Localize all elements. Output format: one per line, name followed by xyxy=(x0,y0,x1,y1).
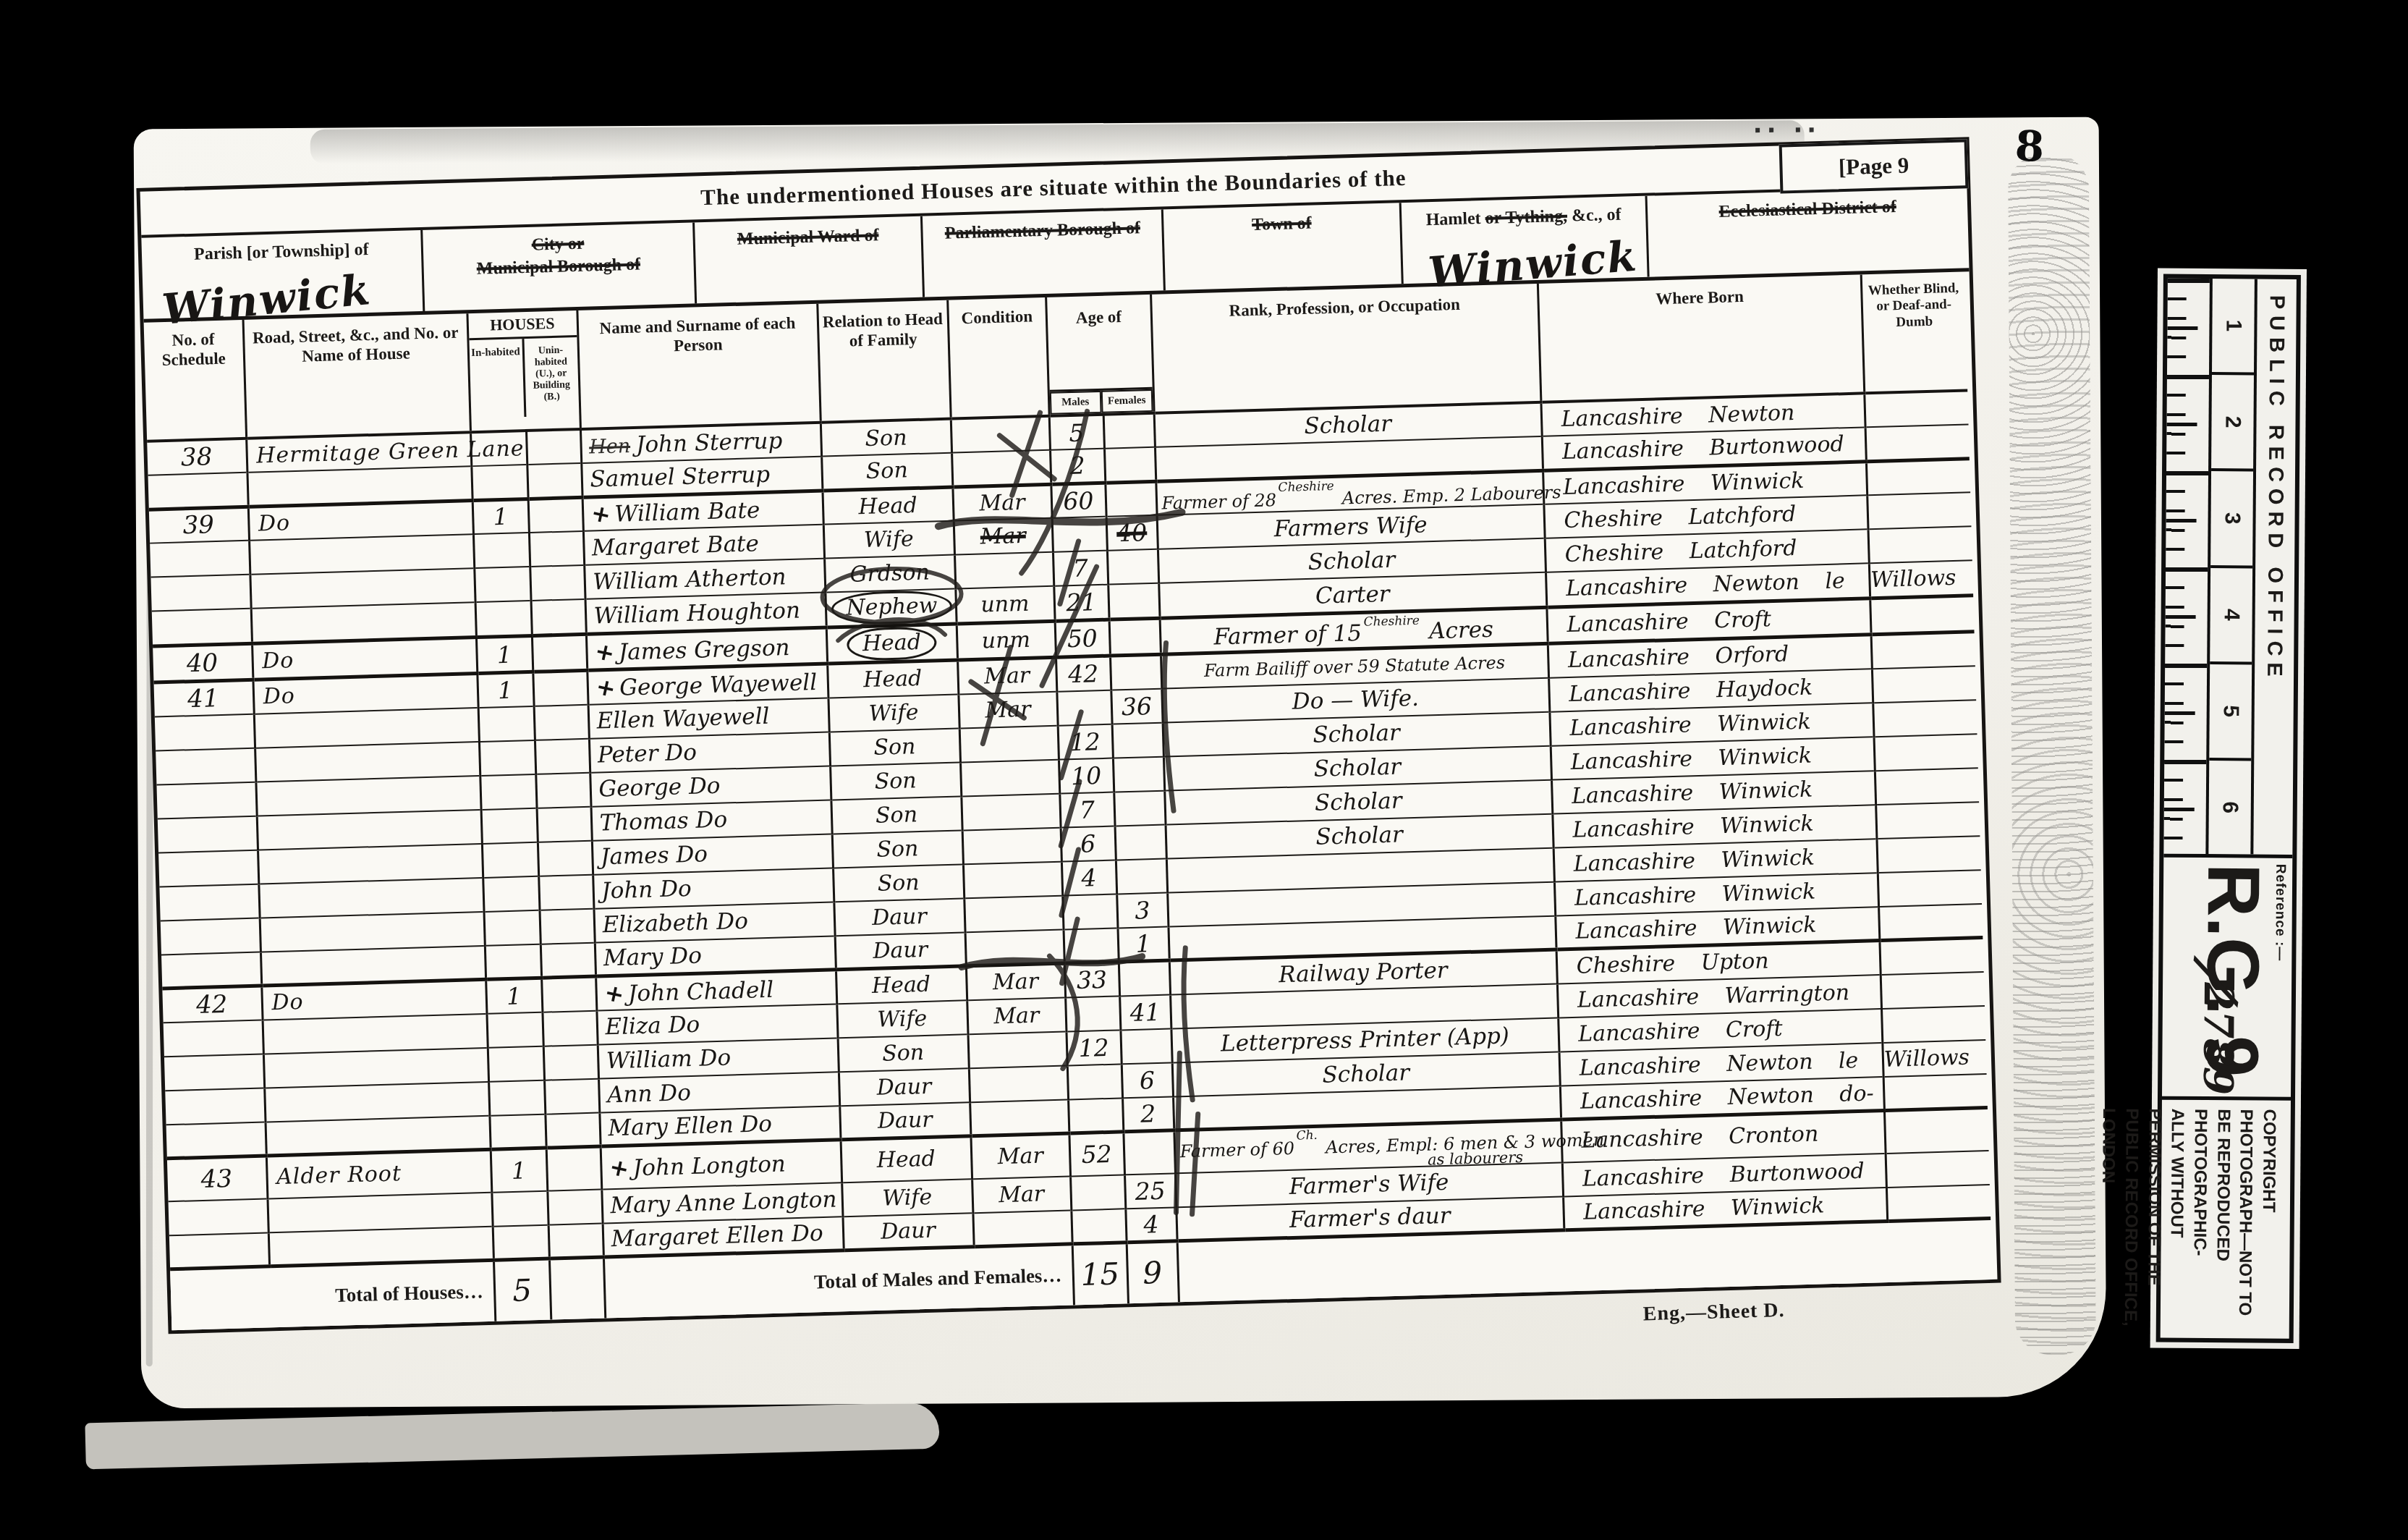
totals-gap xyxy=(549,1257,605,1319)
cell-uninhabited xyxy=(546,1146,602,1190)
cell-uninhabited xyxy=(547,1189,602,1224)
cell-schedule xyxy=(161,918,260,955)
cell-schedule xyxy=(156,782,256,818)
cell-schedule xyxy=(155,714,255,750)
cell-schedule xyxy=(148,473,247,509)
cell-schedule xyxy=(158,816,258,852)
cell-uninhabited xyxy=(527,463,582,499)
cell-age-male xyxy=(1070,1175,1125,1210)
census-table: No. of Schedule Road, Street, &c., and N… xyxy=(144,271,1993,1329)
pro-copyright-text: COPYRIGHT PHOTOGRAPH—NOT TOBE REPRODUCED… xyxy=(2161,1100,2291,1339)
cell-blind xyxy=(1878,870,1982,907)
cell-condition xyxy=(951,416,1050,453)
cell-relation: Daur xyxy=(834,898,965,936)
cell-schedule xyxy=(159,884,259,921)
corner-numeral: 8 xyxy=(2014,121,2045,172)
cell-inhabited xyxy=(484,910,540,945)
pro-scale-number: 5 xyxy=(2209,664,2252,761)
col-uninhabited: Unin-habited (U.), or Building (B.) xyxy=(522,337,579,417)
cell-inhabited xyxy=(480,774,536,809)
cell-relation: Son xyxy=(833,864,964,902)
pro-copyright-line: PUBLIC RECORD OFFICE, LONDON xyxy=(2095,1108,2142,1330)
cell-condition xyxy=(959,725,1059,762)
cell-uninhabited xyxy=(530,565,585,601)
pro-office-title: PUBLIC RECORD OFFICE xyxy=(2250,279,2297,854)
cell-age-female: 3 xyxy=(1116,892,1168,928)
cell-inhabited: 1 xyxy=(472,499,529,534)
cell-relation: Daur xyxy=(842,1213,973,1251)
census-sheet: The undermentioned Houses are situate wi… xyxy=(136,137,2002,1367)
cell-age-male: 12 xyxy=(1058,724,1113,759)
cell-condition xyxy=(964,895,1063,932)
col-age-males: Males xyxy=(1049,391,1101,415)
cell-road: Alder Root xyxy=(266,1149,492,1198)
pro-scale-numbers: 123456 xyxy=(2205,279,2255,854)
cell-age-female xyxy=(1114,790,1165,826)
houses-group-label: HOUSES xyxy=(468,310,577,340)
cell-age-female xyxy=(1105,481,1156,517)
pro-reference-section: Reference :— R.G. 9 ⁄2789 xyxy=(2162,858,2292,1101)
header-field-0: Parish [or Township] ofWinwick xyxy=(141,230,425,319)
cell-age-male: 33 xyxy=(1064,962,1119,997)
cell-age-male: 4 xyxy=(1061,860,1116,895)
cell-inhabited xyxy=(478,706,535,741)
cell-age-female xyxy=(1115,824,1166,860)
cell-schedule xyxy=(150,541,250,577)
col-age: Age of Males Females xyxy=(1046,295,1154,416)
cell-inhabited xyxy=(493,1224,549,1260)
total-mf-label: Total of Males and Females… xyxy=(603,1244,1074,1318)
pro-ruler-ticks xyxy=(2163,279,2210,854)
cell-age-male xyxy=(1065,996,1120,1031)
cell-blind xyxy=(1881,1006,1985,1043)
cell-inhabited xyxy=(491,1190,548,1226)
cell-blind xyxy=(1872,666,1976,703)
col-road: Road, Street, &c., and No. or Name of Ho… xyxy=(243,313,470,439)
cell-age-male xyxy=(1064,928,1119,963)
cell-relation: Head xyxy=(841,1136,972,1182)
cell-relation: Daur xyxy=(835,932,966,970)
cell-relation: Head xyxy=(827,660,958,698)
cell-condition: unm xyxy=(955,586,1054,624)
pro-scale-number: 2 xyxy=(2211,375,2254,472)
header-field-label: Parliamentary Borough of xyxy=(923,216,1162,245)
cell-schedule: 40 xyxy=(153,643,253,682)
cell-age-female xyxy=(1120,1028,1171,1064)
cell-blind xyxy=(1883,1074,1988,1111)
header-field-2: Municipal Ward of xyxy=(695,216,925,304)
cell-relation: Wife xyxy=(823,521,954,559)
cell-condition xyxy=(951,450,1051,487)
cell-condition xyxy=(960,759,1059,796)
pro-scale-number: 3 xyxy=(2210,471,2253,568)
cell-schedule: 43 xyxy=(167,1156,268,1201)
paper-bottom-edge xyxy=(85,1402,939,1470)
cell-uninhabited xyxy=(532,634,587,672)
cell-relation: Wife xyxy=(828,694,959,732)
header-field-6: Ecclesiastical District of xyxy=(1648,187,1970,276)
header-field-label: Municipal Ward of xyxy=(695,224,921,253)
total-houses-value: 5 xyxy=(493,1258,551,1321)
cell-relation: Daur xyxy=(839,1068,970,1106)
cell-uninhabited xyxy=(545,1112,600,1148)
cell-schedule xyxy=(150,575,250,612)
cell-schedule xyxy=(164,1020,263,1057)
cell-inhabited xyxy=(482,842,538,877)
cell-blind xyxy=(1881,972,1985,1009)
cell-relation: Son xyxy=(830,762,961,800)
cell-age-male: 60 xyxy=(1051,483,1106,518)
cell-uninhabited xyxy=(526,429,581,465)
cell-condition xyxy=(972,1210,1072,1247)
cell-uninhabited xyxy=(540,942,595,978)
cell-age-female: 4 xyxy=(1125,1207,1177,1243)
cell-inhabited xyxy=(483,876,539,911)
header-field-5: Hamlet or Tything, &c., ofWinwick xyxy=(1401,196,1650,284)
cell-age-male: 7 xyxy=(1053,551,1108,586)
cell-age-male xyxy=(1067,1064,1122,1099)
col-condition: Condition xyxy=(947,297,1049,419)
col-name: Name and Surname of each Person xyxy=(577,304,820,429)
cell-blind xyxy=(1873,700,1977,737)
cell-age-male xyxy=(1052,517,1107,552)
cell-age-female: 2 xyxy=(1122,1096,1174,1132)
pro-copyright-line: ALLY WITHOUT PERMISSION OF THE xyxy=(2142,1108,2189,1330)
cell-blind xyxy=(1886,1151,1990,1188)
cell-condition xyxy=(961,793,1060,830)
cell-schedule xyxy=(165,1088,265,1125)
col-relation: Relation to Head of Family xyxy=(817,300,951,423)
cell-age-male: 42 xyxy=(1056,656,1111,691)
cell-condition: Mar xyxy=(957,657,1056,694)
cell-schedule: 38 xyxy=(147,439,247,475)
age-group-label: Age of xyxy=(1047,295,1150,329)
cell-age-female xyxy=(1112,722,1163,758)
cell-schedule: 41 xyxy=(153,680,253,716)
cell-age-male: 21 xyxy=(1053,585,1108,622)
cell-blind xyxy=(1871,632,1975,669)
cell-age-female xyxy=(1119,960,1170,996)
header-field-1: City orMunicipal Borough of xyxy=(423,222,697,310)
cell-schedule: 39 xyxy=(149,507,249,543)
cell-uninhabited xyxy=(538,874,593,910)
cell-relation: Wife xyxy=(841,1179,972,1217)
cell-schedule xyxy=(156,748,255,784)
cell-age-female xyxy=(1113,756,1164,792)
header-field-label: City orMunicipal Borough of xyxy=(423,230,694,283)
cell-age-female: 36 xyxy=(1111,688,1162,724)
cell-age-female xyxy=(1109,618,1161,656)
cell-age-male: 7 xyxy=(1059,792,1114,827)
cell-uninhabited xyxy=(535,772,590,808)
cell-inhabited xyxy=(481,808,538,843)
cell-uninhabited xyxy=(535,738,590,774)
cell-condition: Mar xyxy=(967,997,1066,1034)
cell-uninhabited xyxy=(533,670,588,706)
cell-uninhabited xyxy=(539,908,594,944)
cell-inhabited xyxy=(485,944,541,979)
cell-uninhabited xyxy=(534,704,589,740)
cell-uninhabited xyxy=(538,840,593,876)
cell-age-female xyxy=(1116,858,1167,894)
cell-inhabited: 1 xyxy=(486,978,542,1013)
header-field-label: Town of xyxy=(1163,210,1399,239)
col-schedule: No. of Schedule xyxy=(144,320,247,441)
cell-inhabited xyxy=(473,533,530,568)
cell-age-female xyxy=(1104,447,1156,483)
cell-relation: Nephew xyxy=(825,589,956,628)
cell-inhabited: 1 xyxy=(491,1148,548,1192)
cell-inhabited xyxy=(479,740,535,775)
cell-condition: Mar xyxy=(952,484,1051,521)
cell-condition: Mar xyxy=(972,1176,1071,1213)
cell-condition xyxy=(962,827,1061,864)
total-houses-label: Total of Houses… xyxy=(170,1260,495,1329)
cell-condition: Mar xyxy=(954,518,1053,555)
cell-condition: Mar xyxy=(966,963,1065,1000)
cell-relation: Head xyxy=(826,624,957,664)
cell-age-female: 41 xyxy=(1119,994,1171,1030)
cell-inhabited xyxy=(486,1012,543,1047)
cell-blind xyxy=(1870,596,1974,635)
census-paper: 8 ·· ·· • • • • • The undermentioned Hou… xyxy=(134,117,2107,1409)
header-field-3: Parliamentary Borough of xyxy=(923,209,1166,297)
cell-age-female: 25 xyxy=(1124,1173,1176,1209)
col-houses: HOUSES In-habited Unin-habited (U.), or … xyxy=(467,310,580,432)
cell-schedule xyxy=(158,850,258,887)
cell-schedule xyxy=(166,1122,266,1159)
cell-age-male xyxy=(1062,894,1117,929)
cell-relation: Son xyxy=(838,1034,969,1072)
col-blind: Whether Blind, or Deaf-and-Dumb xyxy=(1861,271,1968,393)
torn-edge-texture xyxy=(2008,153,2096,1355)
cell-age-male: 10 xyxy=(1059,758,1114,793)
total-females-value: 9 xyxy=(1127,1241,1179,1303)
cell-blind xyxy=(1884,1108,1989,1154)
cell-relation: Son xyxy=(821,453,952,491)
cell-blind xyxy=(1875,802,1980,839)
col-age-females: Females xyxy=(1101,389,1153,413)
cell-condition xyxy=(970,1099,1069,1136)
cell-age-male xyxy=(1056,690,1111,725)
cell-uninhabited xyxy=(542,1010,597,1046)
pro-piece-number: ⁄2789 xyxy=(2175,976,2254,1096)
cell-age-female xyxy=(1103,413,1155,449)
cell-uninhabited xyxy=(543,1044,598,1080)
total-males-value: 15 xyxy=(1072,1243,1128,1305)
cell-inhabited xyxy=(488,1046,544,1081)
cell-blind xyxy=(1867,492,1971,529)
cell-schedule: 42 xyxy=(162,986,262,1023)
cell-uninhabited xyxy=(548,1223,603,1258)
cell-age-male: 50 xyxy=(1055,619,1110,657)
cell-blind xyxy=(1879,938,1983,975)
cell-uninhabited xyxy=(541,976,596,1012)
cell-blind xyxy=(1866,458,1970,495)
cell-age-male: 5 xyxy=(1049,415,1104,450)
cell-blind xyxy=(1868,526,1972,563)
cell-age-male: 52 xyxy=(1069,1132,1124,1176)
header-field-label: Hamlet or Tything, &c., of xyxy=(1401,203,1645,233)
cell-age-female: 40 xyxy=(1106,515,1158,551)
cell-schedule xyxy=(169,1198,268,1235)
cell-relation: Wife xyxy=(836,1000,967,1038)
cell-relation: Grdson xyxy=(824,555,955,593)
pro-copyright-line: COPYRIGHT PHOTOGRAPH—NOT TO xyxy=(2233,1109,2280,1331)
cell-age-female xyxy=(1108,583,1159,619)
pro-scale-number: 6 xyxy=(2208,761,2251,855)
cell-blind xyxy=(1886,1185,1991,1222)
cell-blind xyxy=(1864,390,1968,427)
cell-age-male: 6 xyxy=(1061,826,1116,861)
public-record-office-label: PUBLIC RECORD OFFICE 123456 Reference :—… xyxy=(2158,269,2307,1349)
cell-condition xyxy=(965,929,1064,966)
cell-age-female: 6 xyxy=(1122,1062,1173,1098)
cell-age-female xyxy=(1110,654,1161,690)
pro-scale-number: 4 xyxy=(2210,568,2252,665)
cell-condition xyxy=(954,552,1053,589)
cell-inhabited: 1 xyxy=(476,635,533,673)
cell-inhabited xyxy=(489,1114,546,1149)
col-born: Where Born xyxy=(1538,274,1864,402)
cell-inhabited xyxy=(471,465,527,500)
cell-blind xyxy=(1865,424,1970,461)
cell-uninhabited xyxy=(537,806,592,842)
cell-age-female: 1 xyxy=(1117,926,1169,962)
cell-age-male xyxy=(1071,1209,1126,1244)
cell-inhabited xyxy=(475,601,532,638)
cell-road xyxy=(251,602,476,643)
cell-relation: Son xyxy=(829,728,960,766)
pro-scale-number: 1 xyxy=(2212,279,2255,376)
cell-age-female xyxy=(1123,1130,1175,1175)
header-field-4: Town of xyxy=(1163,203,1403,290)
scanned-census-page: { "page": { "title": "The undermentioned… xyxy=(0,0,2408,1540)
cell-schedule xyxy=(161,952,261,989)
cell-schedule xyxy=(169,1232,269,1269)
cell-condition: Mar xyxy=(958,691,1057,728)
cell-condition xyxy=(969,1065,1068,1102)
census-rows: 38Hermitage Green LaneHenJohn SterrupSon… xyxy=(147,390,1991,1269)
cell-inhabited xyxy=(488,1080,545,1115)
cell-relation: Head xyxy=(836,966,967,1004)
cell-relation: Son xyxy=(821,419,951,457)
cell-road: Do xyxy=(252,638,477,680)
cell-uninhabited xyxy=(544,1078,599,1114)
cell-uninhabited xyxy=(528,497,583,533)
col-occupation: Rank, Profession, or Occupation xyxy=(1150,284,1540,413)
cell-blind xyxy=(1878,904,1983,941)
cell-schedule xyxy=(164,1054,264,1091)
cell-condition xyxy=(963,861,1062,898)
cell-schedule xyxy=(152,609,252,646)
cell-name: +John Longton xyxy=(601,1140,842,1189)
cell-blind xyxy=(1876,836,1980,873)
cell-inhabited: 1 xyxy=(477,672,533,707)
cell-relation: Son xyxy=(831,796,962,834)
page-number-box: [Page 9 xyxy=(1779,139,1969,193)
cell-condition: unm xyxy=(957,621,1056,660)
cell-inhabited xyxy=(474,567,530,602)
cell-relation: Son xyxy=(832,830,963,868)
cell-age-male: 2 xyxy=(1050,449,1105,484)
pro-copyright-line: BE REPRODUCED PHOTOGRAPHIC- xyxy=(2187,1109,2234,1331)
pro-ruler-section: PUBLIC RECORD OFFICE 123456 xyxy=(2163,279,2297,858)
header-field-label: Parish [or Township] of xyxy=(142,237,421,268)
cell-condition: Mar xyxy=(970,1133,1070,1179)
cell-relation: Head xyxy=(822,487,953,525)
cell-age-female xyxy=(1107,549,1158,585)
cell-condition xyxy=(968,1031,1067,1068)
cell-age-male: 12 xyxy=(1066,1030,1121,1065)
cell-age-male xyxy=(1068,1098,1123,1133)
cell-blind xyxy=(1875,768,1979,805)
cell-uninhabited xyxy=(529,531,584,567)
cell-blind xyxy=(1874,734,1978,771)
col-inhabited: In-habited xyxy=(469,339,524,418)
cell-uninhabited xyxy=(531,599,586,636)
cell-relation: Daur xyxy=(839,1102,970,1140)
header-field-label: Ecclesiastical District of xyxy=(1648,194,1967,226)
